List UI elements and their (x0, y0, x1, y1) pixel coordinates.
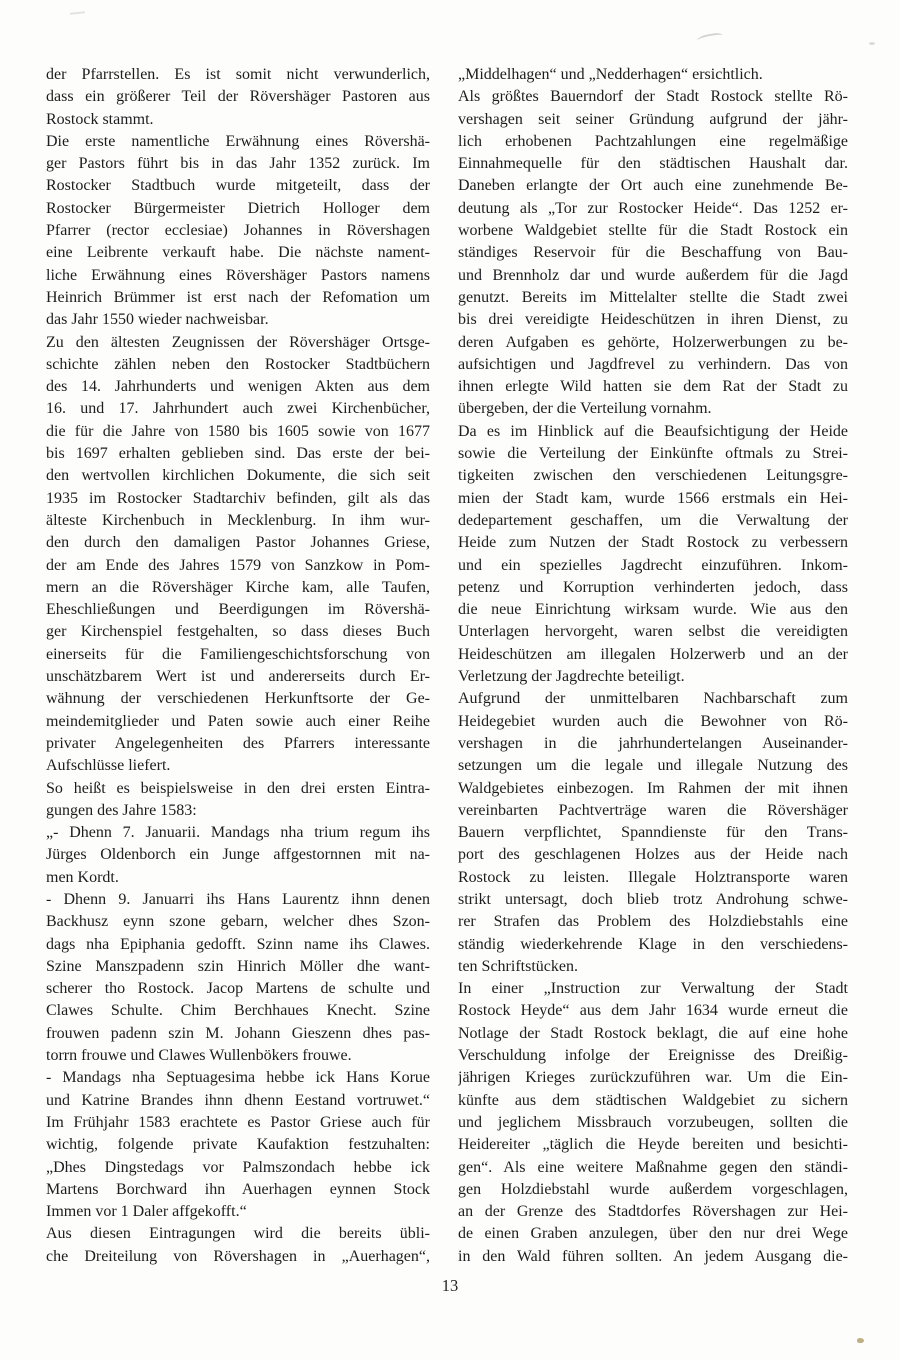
scan-smudge-icon (869, 42, 875, 45)
text-line: Rostock stammt. (46, 109, 430, 131)
text-line: Immen vor 1 Daler affgekofft.“ (46, 1201, 430, 1223)
text-line: torrn frouwe und Clawes Wullenbökers fro… (46, 1045, 430, 1067)
text-line: vereinbarten Pachtverträge waren die Röv… (458, 800, 848, 822)
text-line: wähnung der verschiedenen Herkunftsorte … (46, 688, 430, 710)
text-line: das Jahr 1550 wieder nachweisbar. (46, 309, 430, 331)
left-text-column: der Pfarrstellen. Es ist somit nicht ver… (46, 64, 430, 1268)
text-line: des 14. Jahrhunderts und wenigen Akten a… (46, 376, 430, 398)
text-line: bis drei vereidigte Heideschützen in ihr… (458, 309, 848, 331)
text-line: men Kordt. (46, 867, 430, 889)
text-line: Die erste namentliche Erwähnung eines Rö… (46, 131, 430, 153)
text-line: dedepartement geschaffen, um die Verwalt… (458, 510, 848, 532)
text-line: In einer „Instruction zur Verwaltung der… (458, 978, 848, 1000)
text-line: scherer tho Rostock. Jacop Martens de sc… (46, 978, 430, 1000)
text-line: 1935 im Rostocker Stadtarchiv befinden, … (46, 488, 430, 510)
text-line: Heideschützen am illegalen Holzerwerb un… (458, 644, 848, 666)
text-line: jährigen Krieges zurückzuführen war. Um … (458, 1067, 848, 1089)
text-line: die für die Jahre von 1580 bis 1605 sowi… (46, 421, 430, 443)
text-line: Backhusz eynn szone gebarn, welcher dhes… (46, 911, 430, 933)
text-line: Szine Manszpadenn szin Hinrich Möller dh… (46, 956, 430, 978)
scan-smudge-icon (70, 11, 85, 15)
text-line: - Dhenn 9. Januarri ihs Hans Laurentz ih… (46, 889, 430, 911)
text-line: eine Leibrente verkauft habe. Die nächst… (46, 242, 430, 264)
text-line: in den Wald führen sollten. An jedem Aus… (458, 1246, 848, 1268)
text-line: älteste Kirchenbuch in Mecklenburg. In i… (46, 510, 430, 532)
text-line: Verschuldung infolge der Ereignisse des … (458, 1045, 848, 1067)
text-line: die neue Einrichtung wirksam wurde. Wie … (458, 599, 848, 621)
scan-smudge-icon (696, 32, 723, 45)
text-line: mern an die Rövershäger Kirche kam, alle… (46, 577, 430, 599)
text-line: ger Pastors führt bis in das Jahr 1352 z… (46, 153, 430, 175)
text-line: liche Erwähnung eines Rövershäger Pastor… (46, 265, 430, 287)
text-line: Da es im Hinblick auf die Beaufsichtigun… (458, 421, 848, 443)
text-line: petenz und Korruption verhinderten jedoc… (458, 577, 848, 599)
text-line: aufsichtigen und Jagdfrevel zu verhinder… (458, 354, 848, 376)
text-line: Martens Borchward ihn Auerhagen eynnen S… (46, 1179, 430, 1201)
text-line: Heide zum Nutzen der Stadt Rostock zu ve… (458, 532, 848, 554)
book-page: der Pfarrstellen. Es ist somit nicht ver… (0, 0, 900, 1360)
text-line: gen“. Als eine weitere Maßnahme gegen de… (458, 1157, 848, 1179)
text-line: Heinrich Brümmer ist erst nach der Refom… (46, 287, 430, 309)
text-line: Rostock zu leisten. Illegale Holztranspo… (458, 867, 848, 889)
text-line: Eheschließungen und Beerdigungen im Röve… (46, 599, 430, 621)
text-line: Clawes Schulte. Chim Berchhaues Knecht. … (46, 1000, 430, 1022)
text-line: So heißt es beispielsweise in den drei e… (46, 778, 430, 800)
text-line: Als größtes Bauerndorf der Stadt Rostock… (458, 86, 848, 108)
text-line: an der Grenze des Stadtdorfes Rövershage… (458, 1201, 848, 1223)
text-line: deutung als „Tor zur Rostocker Heide“. D… (458, 198, 848, 220)
text-line: dags nha Epiphania gedofft. Szinn name i… (46, 934, 430, 956)
text-line: Rostock Heyde“ aus dem Jahr 1634 wurde e… (458, 1000, 848, 1022)
text-line: dass ein größerer Teil der Rövershäger P… (46, 86, 430, 108)
text-line: Aufgrund der unmittelbaren Nachbarschaft… (458, 688, 848, 710)
text-line: ständig wiederkehrende Klage in den vers… (458, 934, 848, 956)
text-line: und jeglichem Missbrauch vorzubeugen, so… (458, 1112, 848, 1134)
text-line: einerseits für die Familiengeschichtsfor… (46, 644, 430, 666)
text-line: Rostocker Bürgermeister Dietrich Holloge… (46, 198, 430, 220)
page-number: 13 (0, 1276, 900, 1296)
text-line: „Dhes Dingstedags vor Palmszondach hebbe… (46, 1157, 430, 1179)
paper-speck-icon (857, 1338, 864, 1343)
text-line: 16. und 17. Jahrhundert auch zwei Kirche… (46, 398, 430, 420)
text-line: bis 1697 erhalten geblieben sind. Das er… (46, 443, 430, 465)
text-line: Heidegebiet wurden auch die Bewohner von… (458, 711, 848, 733)
text-line: unschätzbarem Wert ist und andererseits … (46, 666, 430, 688)
text-line: ten Schriftstücken. (458, 956, 848, 978)
text-line: künfte aus dem städtischen Waldgebiet zu… (458, 1090, 848, 1112)
text-line: mien der Stadt kam, wurde 1566 erstmals … (458, 488, 848, 510)
text-line: gungen des Jahre 1583: (46, 800, 430, 822)
text-line: Heidereiter „täglich die Heyde bereiten … (458, 1134, 848, 1156)
text-line: - Mandags nha Septuagesima hebbe ick Han… (46, 1067, 430, 1089)
text-line: Pfarrer (rector ecclesiae) Johannes in R… (46, 220, 430, 242)
text-line: Aus diesen Eintragungen wird die bereits… (46, 1223, 430, 1245)
text-line: Jürges Oldenborch ein Junge affgestornne… (46, 844, 430, 866)
text-line: übergeben, der die Verteilung vornahm. (458, 398, 848, 420)
text-line: und ein spezielles Jagdrecht einzuführen… (458, 555, 848, 577)
text-line: der Pfarrstellen. Es ist somit nicht ver… (46, 64, 430, 86)
text-line: „Middelhagen“ und „Nedderhagen“ ersichtl… (458, 64, 848, 86)
text-line: strikt untersagt, doch blieb trotz Andro… (458, 889, 848, 911)
text-line: der am Ende des Jahres 1579 von Sanzkow … (46, 555, 430, 577)
text-line: schichte zählen neben den Rostocker Stad… (46, 354, 430, 376)
text-line: den durch den damaligen Pastor Johannes … (46, 532, 430, 554)
text-line: privater Angelegenheiten des Pfarrers in… (46, 733, 430, 755)
text-line: und Brennholz dar und wurde außerdem für… (458, 265, 848, 287)
text-line: rer Strafen das Problem des Holzdiebstah… (458, 911, 848, 933)
text-line: Aufschlüsse liefert. (46, 755, 430, 777)
text-line: sowie die Verteilung der Einkünfte oftma… (458, 443, 848, 465)
text-line: gen Holzdiebstahl wurde außerdem vorgesc… (458, 1179, 848, 1201)
text-line: worbene Waldgebiet stellte für die Stadt… (458, 220, 848, 242)
text-line: Rostocker Stadtbuch wurde mitgeteilt, da… (46, 175, 430, 197)
text-line: che Dreiteilung von Rövershagen in „Auer… (46, 1246, 430, 1268)
text-line: Im Frühjahr 1583 erachtete es Pastor Gri… (46, 1112, 430, 1134)
text-line: ihnen erlegte Wild hatten sie dem Rat de… (458, 376, 848, 398)
text-line: setzungen um die legale und illegale Nut… (458, 755, 848, 777)
text-line: vershagen in die jahrhundertelangen Ause… (458, 733, 848, 755)
text-line: Waldgebietes einbezogen. Im Rahmen der m… (458, 778, 848, 800)
text-line: frouwen padenn szin M. Johann Gieszenn d… (46, 1023, 430, 1045)
text-line: de einen Graben anzulegen, über den nur … (458, 1223, 848, 1245)
text-line: und Katrine Brandes ihnn dhenn Eestand v… (46, 1090, 430, 1112)
text-line: vershagen seit seiner Gründung aufgrund … (458, 109, 848, 131)
text-line: deren Aufgaben es gehörte, Holzerwerbung… (458, 332, 848, 354)
text-line: Daneben erlangte der Ort auch eine zuneh… (458, 175, 848, 197)
text-line: „- Dhenn 7. Januarii. Mandags nha trium … (46, 822, 430, 844)
text-line: ger Kirchenspiel festgehalten, so dass d… (46, 621, 430, 643)
text-line: Bauern verpflichtet, Spanndienste für de… (458, 822, 848, 844)
text-line: den wertvollen kirchlichen Dokumente, di… (46, 465, 430, 487)
text-line: lich erhobenen Pachtzahlungen eine regel… (458, 131, 848, 153)
text-line: wichtig, folgende private Kaufaktion fes… (46, 1134, 430, 1156)
text-line: ständiges Reservoir für die Beschaffung … (458, 242, 848, 264)
right-text-column: „Middelhagen“ und „Nedderhagen“ ersichtl… (458, 64, 848, 1268)
text-line: Verletzung der Jagdrechte beteiligt. (458, 666, 848, 688)
text-line: tigkeiten zwischen den verschiedenen Lei… (458, 465, 848, 487)
text-line: meindemitglieder und Paten sowie auch ei… (46, 711, 430, 733)
text-line: Einnahmequelle für den städtischen Haush… (458, 153, 848, 175)
text-line: port des geschlagenen Holzes aus der Hei… (458, 844, 848, 866)
text-line: Notlage der Stadt Rostock beklagt, die a… (458, 1023, 848, 1045)
text-line: Zu den ältesten Zeugnissen der Rövershäg… (46, 332, 430, 354)
text-line: Unterlagen hervorgeht, waren selbst die … (458, 621, 848, 643)
text-line: genutzt. Bereits im Mittelalter stellte … (458, 287, 848, 309)
